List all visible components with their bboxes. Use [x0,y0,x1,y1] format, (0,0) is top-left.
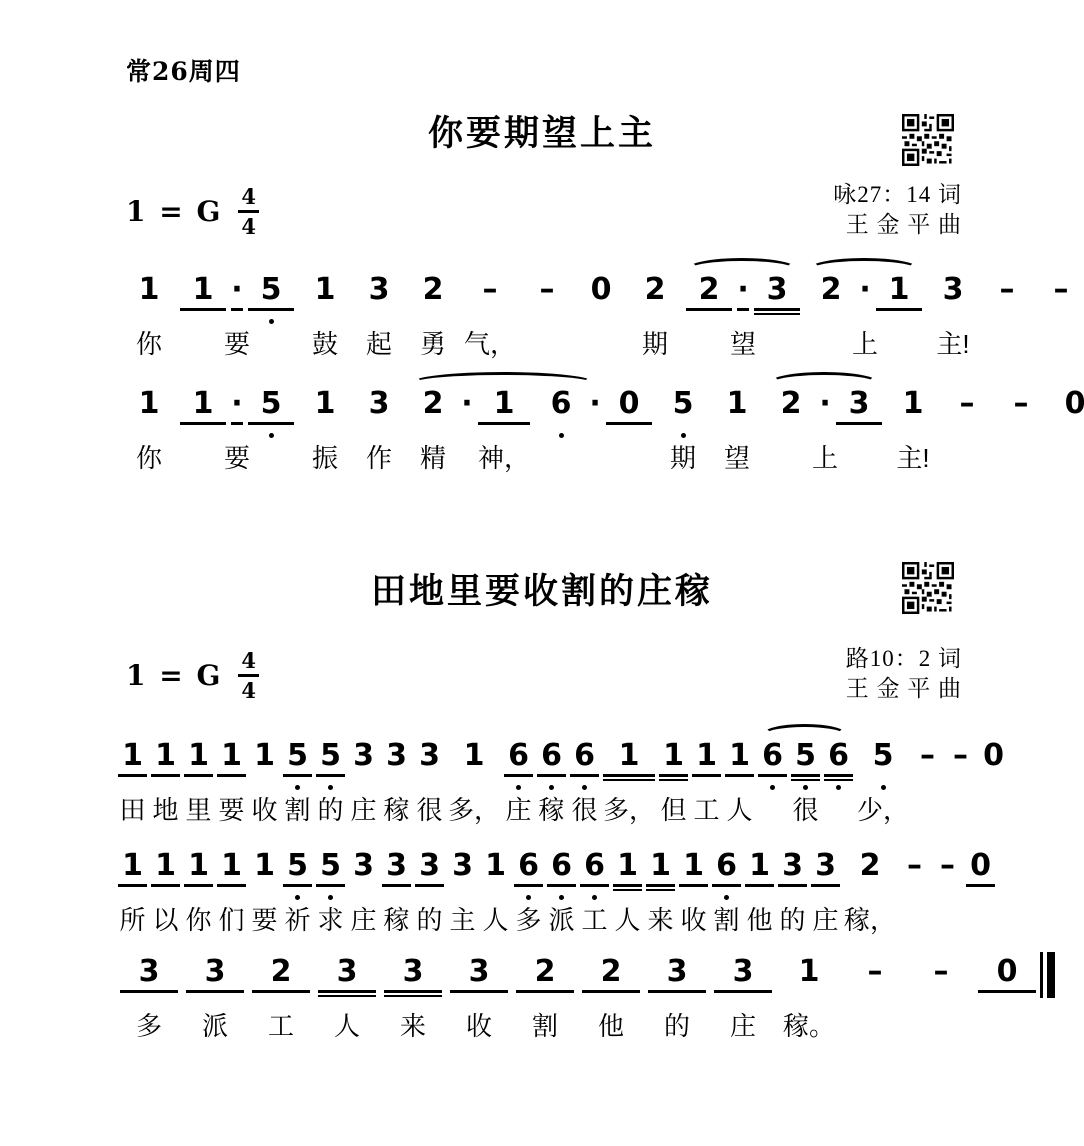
lyric-syllable: 勇 [420,326,446,360]
duration-underline [450,990,508,993]
low-octave-dot [269,319,274,324]
note-group: 1收6割 [677,834,743,936]
underline-zone [118,774,147,783]
lyric-syllable: 主! [896,440,929,474]
duration-underline [516,990,574,993]
underline-zone [382,884,411,893]
rest-glyph: 0 [970,848,991,884]
lyric-syllable: 作 [366,440,392,474]
lyric-syllable: 庄 [506,792,532,826]
note-digit: 1 [254,848,275,884]
note-unit: 1来 [644,848,677,936]
note-group: 1鼓 [298,258,352,360]
note-unit: 3庄 [809,848,842,936]
note-unit: – [908,954,974,1042]
underline-zone [1038,308,1084,317]
octave-dot-zone [302,317,348,326]
duration-underline [613,889,642,892]
underline-zone [1052,422,1084,431]
underline-zone [846,990,904,999]
underline-zone [349,884,378,893]
note-unit: 6工 [578,848,611,936]
lyric-syllable: 庄 [812,902,838,936]
underline-zone [984,308,1030,317]
note-group: 3稼 [380,724,413,826]
underline-zone [448,774,500,783]
note-unit: 1主! [886,386,940,474]
note-digit: 3 [369,272,390,308]
note-group: 1望 [710,372,764,474]
octave-dot-zone [978,999,1036,1008]
underline-zone [580,884,609,893]
underline-zone [844,884,896,893]
underline-zone [504,774,533,783]
key-tonic: 1 = G [126,659,222,692]
underline-zone [316,774,345,783]
note-group: 1人 [479,834,512,936]
duration-underline [754,313,800,316]
lyric-syllable: 人 [334,1008,360,1042]
octave-dot-zone [151,783,180,792]
dash-glyph: – [907,848,922,884]
octave-dot-zone [384,999,442,1008]
slur-arc [688,258,796,279]
octave-dot-zone [846,999,904,1008]
duration-underline [570,774,599,777]
note-digit: 3 [369,386,390,422]
low-octave-dot [295,785,300,790]
octave-dot-zone [516,999,574,1008]
note-unit: 3很 [413,738,446,826]
underline-zone [186,990,244,999]
slur-arc [770,372,878,393]
lyric-syllable: 振 [312,440,338,474]
octave-dot-zone [410,431,456,440]
lyric-syllable: 要 [218,792,244,826]
note-group: –气， [460,258,520,360]
duration-underline [659,774,688,777]
note-digit: 3 [386,738,407,774]
note-group: 1你 [122,372,176,474]
octave-dot-zone [712,893,741,902]
time-signature: 4 4 [238,650,259,701]
octave-dot-zone [1038,317,1084,326]
note-group: 2工3人3来 [248,940,446,1042]
note-group: 1他3的 [743,834,809,936]
note-digit: 3 [419,848,440,884]
note-unit: 0 [974,954,1040,1042]
note-digit: 5 [261,386,282,422]
note-unit: 5的 [314,738,347,826]
lyric-syllable: 期 [670,440,696,474]
octave-dot-zone [504,783,533,792]
underline-zone [589,422,601,431]
lyric-syllable: 的 [416,902,442,936]
note-digit: · [231,272,242,308]
note-digit: 1 [193,386,214,422]
slur-arc [762,724,847,745]
lyric-syllable: 人 [727,792,753,826]
octave-dot-zone [283,893,312,902]
note-digit: 1 [188,848,209,884]
note-group: 3收2割 [446,940,578,1042]
duration-underline [791,774,820,777]
octave-dot-zone [844,893,896,902]
note-unit: 3的 [644,954,710,1042]
octave-dot-zone [876,317,922,326]
duration-underline [659,779,688,782]
note-group: 6工 [578,834,611,936]
note-digit: 3 [452,848,473,884]
underline-zone [768,422,814,431]
notation-line-1: 1你1·5要1鼓3起2勇–气，–02期2·3望2·1上3主!––0 [122,258,966,360]
octave-dot-zone [248,317,294,326]
lyric-syllable: 你 [136,440,162,474]
note-group: 1工1人 [690,724,756,826]
octave-dot-zone [859,317,871,326]
underline-zone [151,774,180,783]
octave-dot-zone [758,783,787,792]
lyric-syllable: 要 [176,440,298,474]
duration-underline [382,884,411,887]
rest-glyph: 0 [997,954,1018,990]
note-digit: 1 [464,738,485,774]
note-digit: 1 [315,386,336,422]
note-digit: 1 [254,738,275,774]
note-digit: 1 [139,272,160,308]
note-unit: 1鼓 [298,272,352,360]
octave-dot-zone [382,783,411,792]
note-unit: 1望 [710,386,764,474]
underline-zone [126,308,172,317]
note-unit: 1神， [474,386,534,474]
lyric-syllable: 稼， [844,902,896,936]
lyric-syllable: 鼓 [312,326,338,360]
note-unit: 3稼 [380,848,413,936]
underline-zone [745,884,774,893]
note-unit: 3庄 [347,848,380,936]
underline-zone [778,884,807,893]
note-group: 3很 [413,724,446,826]
note-unit: 1多， [601,738,657,826]
note-unit: – [911,738,944,826]
note-unit: 3稼 [380,738,413,826]
note-digit: 5 [287,738,308,774]
notation-line-2: 1你1·5要1振3作2精·1神，6·05期1望2·3上1主!––0 [122,372,966,474]
duration-underline [118,774,147,777]
underline-zone [998,422,1044,431]
lyric-syllable: 稼 [539,792,565,826]
lyric-syllable: 求 [317,902,343,936]
note-digit: 5 [261,272,282,308]
duration-underline [217,774,246,777]
note-unit: 1振 [298,386,352,474]
duration-underline [248,308,294,311]
note-group: 2·1上 [804,258,926,360]
note-group: 0 [977,724,1010,826]
note-digit: 1 [315,272,336,308]
note-digit: 3 [419,738,440,774]
underline-zone [737,308,749,317]
octave-dot-zone [349,893,378,902]
underline-zone [464,308,516,317]
duration-underline [692,774,721,777]
octave-dot-zone [250,893,279,902]
meter-denominator: 4 [241,213,256,237]
lyric-syllable: 要 [176,326,298,360]
underline-zone [184,884,213,893]
underline-zone [966,884,995,893]
underline-zone [930,308,976,317]
meter-denominator: 4 [241,677,256,701]
note-unit: 5祈 [281,848,314,936]
duration-underline [978,990,1036,993]
note-unit: 1你 [122,272,176,360]
note-digit: 1 [221,848,242,884]
octave-dot-zone [725,783,754,792]
note-digit: 1 [696,738,717,774]
lyric-syllable: 气， [464,326,516,360]
note-digit: 6 [584,848,605,884]
underline-zone [514,884,543,893]
duration-underline [184,884,213,887]
note-group: 2勇 [406,258,460,360]
note-unit: 3收 [446,954,512,1042]
low-octave-dot [592,895,597,900]
octave-dot-zone [791,783,820,792]
underline-zone [538,422,584,431]
lyricist-credit: 路10：2 词 [846,644,962,674]
octave-dot-zone [250,783,279,792]
note-digit: 2 [423,272,444,308]
octave-dot-zone [464,317,516,326]
octave-dot-zone [316,893,345,902]
underline-zone [231,422,243,431]
octave-dot-zone [118,783,147,792]
duration-underline [613,884,642,887]
octave-dot-zone [836,431,882,440]
underline-zone [912,990,970,999]
note-group: 2·3上 [764,372,886,474]
low-octave-dot [328,895,333,900]
octave-dot-zone [450,999,508,1008]
note-unit: – [940,386,994,474]
underline-zone [318,990,376,999]
octave-dot-zone [231,431,243,440]
octave-dot-zone [778,893,807,902]
note-unit: 0 [602,386,656,474]
note-digit: 1 [799,954,820,990]
underline-zone [979,774,1008,783]
duration-underline [118,884,147,887]
underline-zone [450,990,508,999]
dash-glyph: – [953,738,968,774]
note-digit: 3 [733,954,754,990]
dash-glyph: – [1000,272,1015,308]
lyric-syllable: 多 [515,902,541,936]
octave-dot-zone [946,783,975,792]
underline-zone [944,422,990,431]
underline-zone [824,774,853,783]
note-unit: 1地 [149,738,182,826]
octave-dot-zone [318,999,376,1008]
octave-dot-zone [632,317,678,326]
underline-zone [184,774,213,783]
underline-zone [120,990,178,999]
underline-zone [283,884,312,893]
underline-zone [811,884,840,893]
underline-zone [217,884,246,893]
octave-dot-zone [231,317,243,326]
octave-dot-zone [686,317,732,326]
note-group: – [980,258,1034,360]
note-digit: 2 [423,386,444,422]
lyric-syllable: 人 [482,902,508,936]
low-octave-dot [526,895,531,900]
key-tonic: 1 = G [126,195,222,228]
duration-underline [180,308,226,311]
final-barline [1040,952,1055,998]
note-digit: 5 [320,848,341,884]
note-group: 1收 [248,724,281,826]
note-digit: 2 [860,848,881,884]
lyric-syllable: 割 [284,792,310,826]
lyric-syllable: 期 [642,326,668,360]
note-group: – [994,372,1048,474]
note-unit: 1要 [215,738,248,826]
note-unit: 6庄 [502,738,535,826]
octave-dot-zone [646,893,675,902]
duration-underline [791,779,820,782]
duration-underline [537,774,566,777]
octave-dot-zone [356,431,402,440]
duration-underline [252,990,310,993]
octave-dot-zone [648,999,706,1008]
note-group: – [898,834,931,936]
lyric-syllable: 来 [647,902,673,936]
octave-dot-zone [808,317,854,326]
lyric-syllable: 你 [185,902,211,936]
note-group: 3稼3的 [380,834,446,936]
underline-zone [808,308,854,317]
octave-dot-zone [754,317,800,326]
note-unit: 2割 [512,954,578,1042]
lyric-syllable: 工 [694,792,720,826]
underline-zone [524,308,570,317]
duration-underline [836,422,882,425]
octave-dot-zone [120,999,178,1008]
note-unit: 2稼， [842,848,898,936]
note-unit: 5期 [656,386,710,474]
note-unit: 3起 [352,272,406,360]
duration-underline [151,884,180,887]
lyricist-credit: 咏27：14 词 [833,180,962,210]
note-unit: 1们 [215,848,248,936]
note-group: – [911,724,944,826]
duration-underline [679,884,708,887]
note-unit: 1你 [122,386,176,474]
composer-credit: 王 金 平 曲 [833,210,962,240]
note-unit: 2精 [406,386,460,474]
note-digit: 3 [139,954,160,990]
note-unit: – [1034,272,1084,360]
underline-zone [478,422,530,431]
note-unit: 1以 [149,848,182,936]
duration-underline [648,990,706,993]
note-digit: · [231,386,242,422]
note-digit: 6 [716,848,737,884]
lyric-syllable: 以 [152,902,178,936]
dash-glyph: – [960,386,975,422]
augmentation-dot-unit: · [588,386,602,474]
underline-zone [933,884,962,893]
octave-dot-zone [448,783,500,792]
octave-dot-zone [966,893,995,902]
octave-dot-zone [410,317,456,326]
underline-zone [349,774,378,783]
underline-zone [578,308,624,317]
note-unit: –气， [460,272,520,360]
note-unit: – [520,272,574,360]
octave-dot-zone [217,783,246,792]
duration-underline [824,774,853,777]
octave-dot-zone [126,317,172,326]
note-unit: 3庄 [710,954,776,1042]
note-digit: 3 [469,954,490,990]
dash-glyph: – [940,848,955,884]
note-unit: 6派 [545,848,578,936]
underline-zone [410,308,456,317]
note-unit: 2工 [248,954,314,1042]
duration-underline [478,422,530,425]
underline-zone [570,774,599,783]
octave-dot-zone [580,893,609,902]
liturgical-day-label: 常26周四 [126,52,241,88]
note-unit: 3人 [314,954,380,1042]
octave-dot-zone [415,783,444,792]
qr-code-song1 [902,114,954,166]
lyric-syllable: 上 [804,326,926,360]
lyric-syllable: 主! [936,326,969,360]
lyric-syllable: 要 [251,902,277,936]
octave-dot-zone [692,783,721,792]
note-unit: – [842,954,908,1042]
note-digit: 5 [287,848,308,884]
duration-underline [283,884,312,887]
dash-glyph: – [483,272,498,308]
note-group: 3主 [446,834,479,936]
duration-underline [811,884,840,887]
underline-zone [632,308,678,317]
note-digit: 3 [205,954,226,990]
note-unit: 3的 [776,848,809,936]
note-group: 5割5的 [281,724,347,826]
duration-underline [184,774,213,777]
lyric-syllable: 起 [366,326,392,360]
octave-dot-zone [890,431,936,440]
underline-zone [791,774,820,783]
note-unit: 3主! [926,272,980,360]
underline-zone [613,884,642,893]
notation-line-3: 1田1地1里1要1收5割5的3庄3稼3很1多，6庄6稼6很1多，1但1工1人65… [116,724,970,826]
duration-underline [231,422,243,425]
note-unit: 1要 [248,848,281,936]
octave-dot-zone [582,999,640,1008]
octave-dot-zone [537,783,566,792]
low-octave-dot [836,785,841,790]
note-unit: 6 [534,386,588,474]
note-group: 1·5要 [176,372,298,474]
